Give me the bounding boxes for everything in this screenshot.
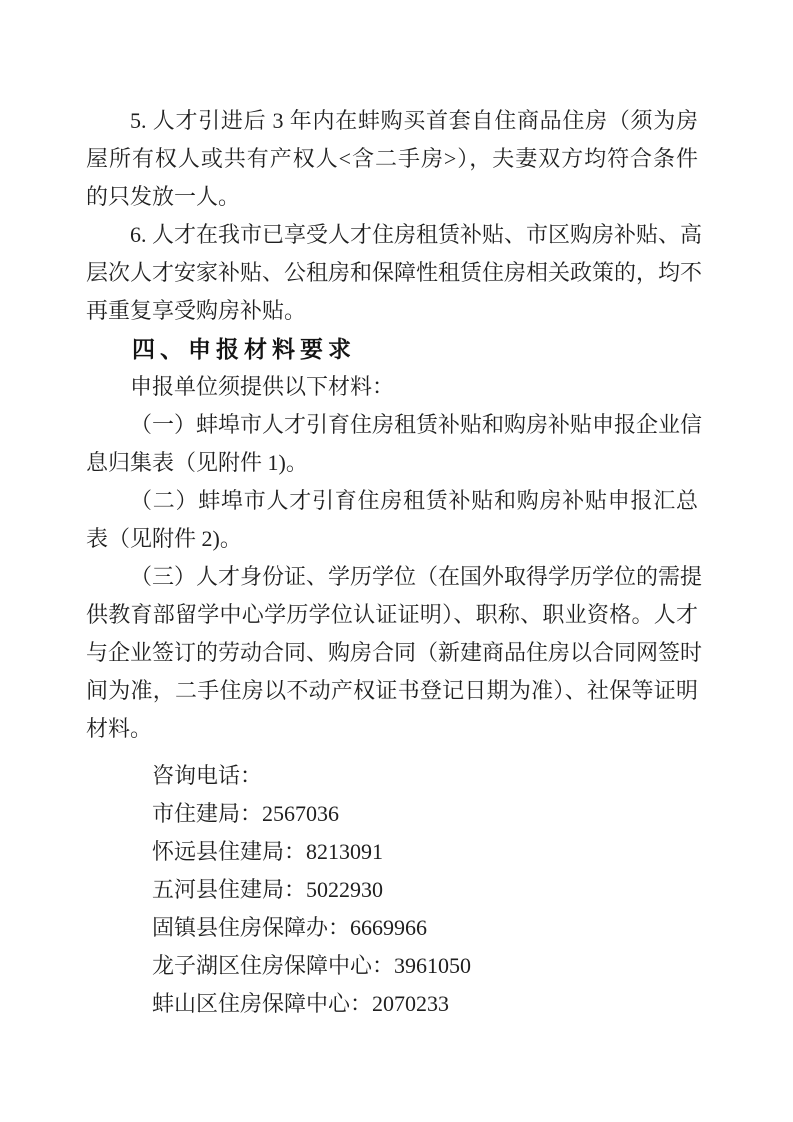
paragraph-item-6: 6. 人才在我市已享受人才住房租赁补贴、市区购房补贴、高 层次人才安家补贴、公租… — [86, 216, 698, 330]
paragraph-line: 表（见附件 2)。 — [86, 520, 698, 558]
paragraph-line: 与企业签订的劳动合同、购房合同（新建商品住房以合同网签时 — [86, 634, 698, 672]
paragraph-line: 间为准，二手住房以不动产权证书登记日期为准）、社保等证明 — [86, 672, 698, 710]
contact-line-wuhe: 五河县住建局：5022930 — [86, 871, 698, 909]
paragraph-line: 申报单位须提供以下材料： — [86, 368, 698, 406]
contact-title: 咨询电话： — [86, 757, 698, 795]
paragraph-item-5: 5. 人才引进后 3 年内在蚌购买首套自住商品住房（须为房 屋所有权人或共有产权… — [86, 102, 698, 216]
paragraph-line: 的只发放一人。 — [86, 178, 698, 216]
paragraph-line: 层次人才安家补贴、公租房和保障性租赁住房相关政策的，均不 — [86, 254, 698, 292]
paragraph-line: 息归集表（见附件 1)。 — [86, 444, 698, 482]
material-item-2: （二）蚌埠市人才引育住房租赁补贴和购房补贴申报汇总 表（见附件 2)。 — [86, 482, 698, 558]
paragraph-line: 再重复享受购房补贴。 — [86, 292, 698, 330]
paragraph-line: 材料。 — [86, 710, 698, 748]
paragraph-line: 供教育部留学中心学历学位认证证明）、职称、职业资格。人才 — [86, 596, 698, 634]
paragraph-line: 屋所有权人或共有产权人<含二手房>），夫妻双方均符合条件 — [86, 140, 698, 178]
paragraph-line: （三）人才身份证、学历学位（在国外取得学历学位的需提 — [86, 558, 698, 596]
document-body: 5. 人才引进后 3 年内在蚌购买首套自住商品住房（须为房 屋所有权人或共有产权… — [86, 102, 698, 1023]
material-item-1: （一）蚌埠市人才引育住房租赁补贴和购房补贴申报企业信 息归集表（见附件 1)。 — [86, 406, 698, 482]
material-item-3: （三）人才身份证、学历学位（在国外取得学历学位的需提 供教育部留学中心学历学位认… — [86, 558, 698, 748]
contact-line-city-bureau: 市住建局：2567036 — [86, 795, 698, 833]
materials-intro: 申报单位须提供以下材料： — [86, 368, 698, 406]
section-heading-4: 四、申报材料要求 — [86, 330, 698, 368]
paragraph-line: 5. 人才引进后 3 年内在蚌购买首套自住商品住房（须为房 — [86, 102, 698, 140]
contact-line-guzhen: 固镇县住房保障办：6669966 — [86, 909, 698, 947]
section-heading-text: 四、申报材料要求 — [86, 330, 698, 368]
document-page: 5. 人才引进后 3 年内在蚌购买首套自住商品住房（须为房 屋所有权人或共有产权… — [0, 0, 793, 1122]
paragraph-line: （一）蚌埠市人才引育住房租赁补贴和购房补贴申报企业信 — [86, 406, 698, 444]
contact-line-huaiyuan: 怀远县住建局：8213091 — [86, 833, 698, 871]
contact-line-bengshan: 蚌山区住房保障中心：2070233 — [86, 985, 698, 1023]
contact-line-longzihu: 龙子湖区住房保障中心：3961050 — [86, 947, 698, 985]
paragraph-line: 6. 人才在我市已享受人才住房租赁补贴、市区购房补贴、高 — [86, 216, 698, 254]
paragraph-line: （二）蚌埠市人才引育住房租赁补贴和购房补贴申报汇总 — [86, 482, 698, 520]
contact-info: 咨询电话： 市住建局：2567036 怀远县住建局：8213091 五河县住建局… — [86, 757, 698, 1023]
